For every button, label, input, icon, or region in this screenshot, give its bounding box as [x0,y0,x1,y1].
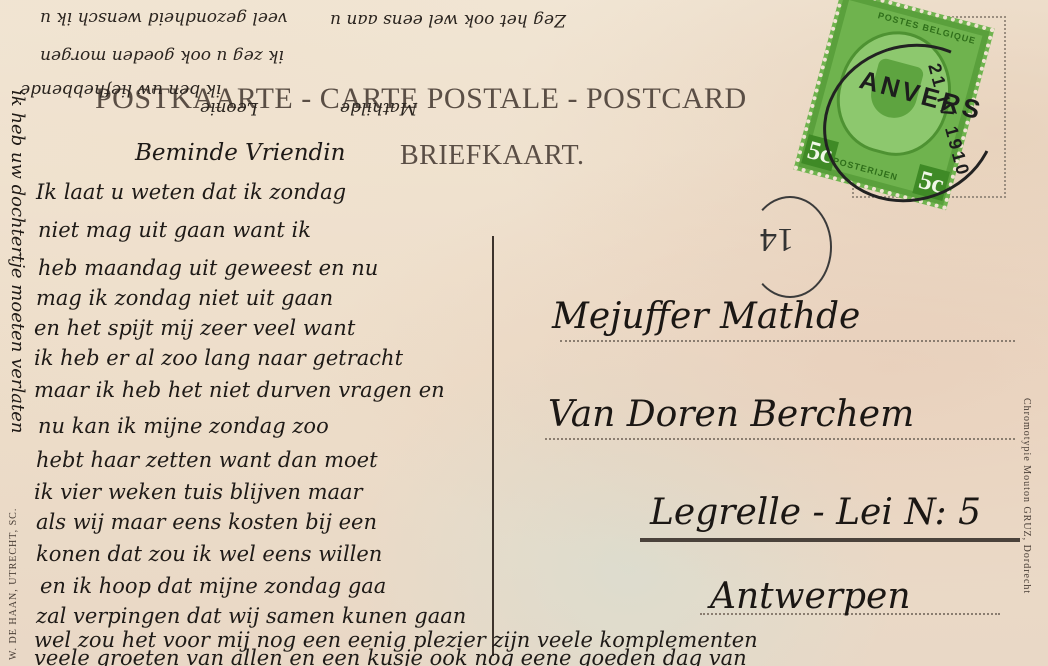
inverted-signature-2: Leonie [200,98,258,118]
message-line: ik vier weken tuis blijven maar [34,480,363,504]
address-city: Antwerpen [710,576,911,617]
inverted-note-4: ik ben uw liefhebbende [20,80,221,100]
address-line-2-rule [545,438,1015,440]
message-line: en het spijt mij zeer veel want [34,316,355,340]
message-line: mag ik zondag niet uit gaan [36,286,333,310]
message-salutation: Beminde Vriendin [135,140,345,166]
message-line: hebt haar zetten want dan moet [36,448,378,472]
address-recipient: Mejuffer Mathde [552,296,860,337]
message-line: veele groeten van allen en een kusje ook… [34,646,747,666]
message-line: heb maandag uit geweest en nu [38,256,378,280]
message-line: zal verpingen dat wij samen kunen gaan [36,604,466,628]
address-underline [640,538,1020,542]
inverted-note-3: ik zeg u ook goeden morgen [40,46,284,66]
center-divider [492,236,494,656]
inverted-signature-1: Mathilde [340,98,417,118]
postcard-subtitle: BRIEFKAART. [400,140,585,172]
message-line: en ik hoop dat mijne zondag gaa [40,574,386,598]
message-line: nu kan ik mijne zondag zoo [38,414,329,438]
publisher-imprint: W. DE HAAN, UTRECHT, SC. [8,508,19,660]
message-line: ik heb er al zoo lang naar getracht [34,346,403,370]
message-line: maar ik heb het niet durven vragen en [34,378,445,402]
message-line: niet mag uit gaan want ik [38,218,311,242]
address-street: Legrelle - Lei N: 5 [650,492,981,533]
left-margin-note: ik heb uw dochtertje moeten verlaten [7,90,28,433]
message-line: als wij maar eens kosten bij een [36,510,377,534]
address-line-1-rule [560,340,1015,342]
address-name: Van Doren Berchem [548,394,914,435]
postcard: POSTKAARTE - CARTE POSTALE - POSTCARD BR… [0,0,1048,666]
printer-imprint: Chromotypie Mouton GRUZ, Dordrecht [1021,398,1032,594]
message-line: Ik laat u weten dat ik zondag [36,180,346,204]
message-line: konen dat zou ik wel eens willen [36,542,382,566]
inverted-note-2: Zeg het ook wel eens aan u [330,10,566,30]
inverted-note-1: veel gezondheid wensch ik u [40,8,288,28]
secondary-postmark-number: 14 [760,220,794,258]
